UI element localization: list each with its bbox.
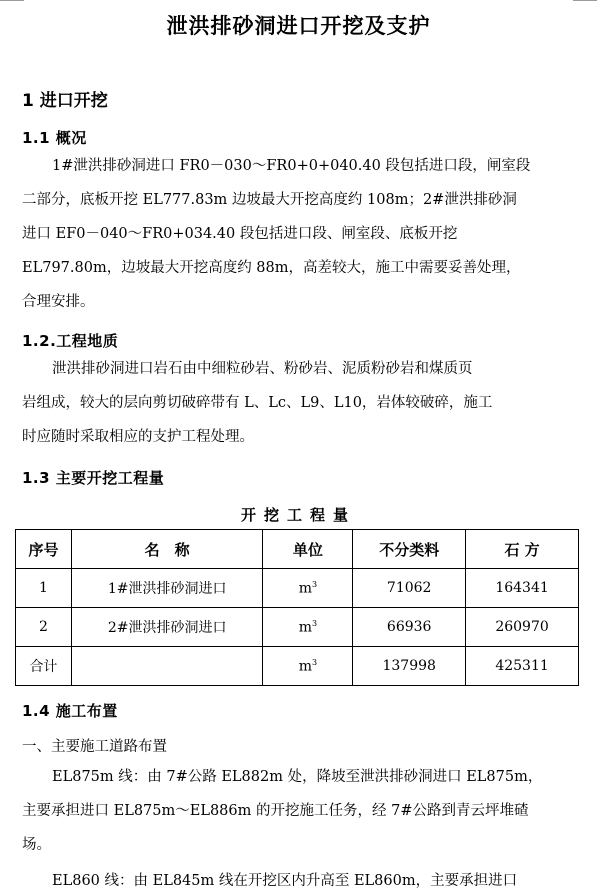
excavation-quantity-table: 序号 名 称 单位 不分类料 石 方 1 1#泄洪排砂洞进口 m3 71062 … xyxy=(15,529,579,686)
text-line: 时应随时采取相应的支护工程处理。 xyxy=(22,420,574,454)
sub-heading-roads: 一、主要施工道路布置 xyxy=(22,735,167,756)
text-line: 岩组成，较大的层向剪切破碎带有 L、Lc、L9、L10，岩体较破碎，施工 xyxy=(22,386,574,420)
cell-no: 1 xyxy=(16,569,72,608)
unit-superscript: 3 xyxy=(312,658,317,667)
unit-text: m xyxy=(299,580,312,596)
unit-text: m xyxy=(299,658,312,674)
unit-superscript: 3 xyxy=(312,580,317,589)
page-corner-mark-left xyxy=(0,0,24,1)
cell-mixed: 71062 xyxy=(353,569,466,608)
text-line: EL875m 线：由 7#公路 EL882m 处，降坡至泄洪排砂洞进口 EL87… xyxy=(22,760,574,794)
text-line: 主要承担进口 EL875m～EL886m 的开挖施工任务，经 7#公路到青云坪堆… xyxy=(22,794,574,828)
table-row: 2 2#泄洪排砂洞进口 m3 66936 260970 xyxy=(16,608,579,647)
overview-paragraph: 1#泄洪排砂洞进口 FR0－030～FR0+0+040.40 段包括进口段，闸室… xyxy=(22,149,574,319)
text-line: 进口 EF0－040～FR0+034.40 段包括进口段、闸室段、底板开挖 xyxy=(22,217,574,251)
cell-unit: m3 xyxy=(263,647,353,686)
text-line: EL797.80m，边坡最大开挖高度约 88m，高差较大，施工中需要妥善处理， xyxy=(22,251,574,285)
cell-unit: m3 xyxy=(263,569,353,608)
section-heading-1-4: 1.4 施工布置 xyxy=(22,700,118,721)
geology-paragraph: 泄洪排砂洞进口岩石由中细粒砂岩、粉砂岩、泥质粉砂岩和煤质页 岩组成，较大的层向剪… xyxy=(22,352,574,454)
text-line: 二部分，底板开挖 EL777.83m 边坡最大开挖高度约 108m；2#泄洪排砂… xyxy=(22,183,574,217)
text-line: EL860 线：由 EL845m 线在开挖区内升高至 EL860m，主要承担进口 xyxy=(22,864,574,891)
text-line: 泄洪排砂洞进口岩石由中细粒砂岩、粉砂岩、泥质粉砂岩和煤质页 xyxy=(22,352,574,386)
cell-no: 合计 xyxy=(16,647,72,686)
header-rock: 石 方 xyxy=(466,530,579,569)
unit-text: m xyxy=(299,619,312,635)
header-no: 序号 xyxy=(16,530,72,569)
header-name: 名 称 xyxy=(71,530,263,569)
section-heading-1: 1 进口开挖 xyxy=(22,86,108,111)
page-corner-mark-right xyxy=(573,0,597,1)
table-row-total: 合计 m3 137998 425311 xyxy=(16,647,579,686)
cell-name: 2#泄洪排砂洞进口 xyxy=(71,608,263,647)
cell-unit: m3 xyxy=(263,608,353,647)
cell-rock: 260970 xyxy=(466,608,579,647)
cell-no: 2 xyxy=(16,608,72,647)
cell-mixed: 66936 xyxy=(353,608,466,647)
road-el875-paragraph: EL875m 线：由 7#公路 EL882m 处，降坡至泄洪排砂洞进口 EL87… xyxy=(22,760,574,862)
table-header-row: 序号 名 称 单位 不分类料 石 方 xyxy=(16,530,579,569)
section-heading-1-1: 1.1 概况 xyxy=(22,127,87,148)
road-el860-paragraph: EL860 线：由 EL845m 线在开挖区内升高至 EL860m，主要承担进口 xyxy=(22,864,574,891)
cell-rock: 164341 xyxy=(466,569,579,608)
cell-name xyxy=(71,647,263,686)
text-line: 合理安排。 xyxy=(22,285,574,319)
section-heading-1-3: 1.3 主要开挖工程量 xyxy=(22,467,164,488)
section-heading-1-2: 1.2.工程地质 xyxy=(22,330,118,351)
unit-superscript: 3 xyxy=(312,619,317,628)
cell-rock: 425311 xyxy=(466,647,579,686)
text-line: 1#泄洪排砂洞进口 FR0－030～FR0+0+040.40 段包括进口段，闸室… xyxy=(22,149,574,183)
table-row: 1 1#泄洪排砂洞进口 m3 71062 164341 xyxy=(16,569,579,608)
header-mixed: 不分类料 xyxy=(353,530,466,569)
table-caption: 开挖工程量 xyxy=(0,504,597,525)
cell-name: 1#泄洪排砂洞进口 xyxy=(71,569,263,608)
text-line: 场。 xyxy=(22,828,574,862)
cell-mixed: 137998 xyxy=(353,647,466,686)
document-title: 泄洪排砂洞进口开挖及支护 xyxy=(0,10,597,40)
header-unit: 单位 xyxy=(263,530,353,569)
